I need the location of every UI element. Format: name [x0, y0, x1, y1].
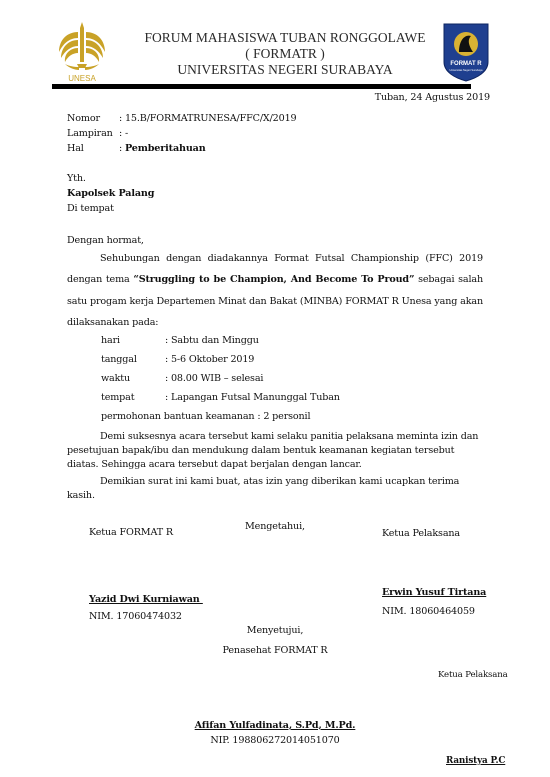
request-line: permohonan bantuan keamanan : 2 personil	[101, 411, 310, 422]
detail-value: : 08.00 WIB – selesai	[165, 373, 263, 384]
svg-text:FORMAT R: FORMAT R	[450, 61, 482, 67]
meta-nomor: Nomor: 15.B/FORMATRUNESA/FFC/X/2019	[67, 113, 297, 124]
unesa-logo: UNESA	[55, 18, 109, 84]
org-abbrev: ( FORMATR )	[130, 46, 440, 62]
detail-label: tanggal	[101, 354, 165, 365]
detail-tempat: tempat: Lapangan Futsal Manunggal Tuban	[101, 392, 340, 403]
recipient-salutation: Yth.	[67, 173, 86, 184]
advisor-name: Afifan Yulfadinata, S.Pd, M.Pd.	[150, 720, 400, 731]
meta-label: Nomor	[67, 113, 119, 124]
meta-label: Hal	[67, 143, 119, 154]
meta-value: : 15.B/FORMATRUNESA/FFC/X/2019	[119, 113, 297, 124]
detail-waktu: waktu: 08.00 WIB – selesai	[101, 373, 263, 384]
org-name-line1: FORUM MAHASISWA TUBAN RONGGOLAWE	[130, 30, 440, 46]
recipient-place: Di tempat	[67, 203, 114, 214]
extra-role: Ketua Pelaksana	[438, 670, 508, 680]
detail-value: : Lapangan Futsal Manunggal Tuban	[165, 392, 340, 403]
meta-hal: Hal: Pemberitahuan	[67, 143, 206, 154]
university-name: UNIVERSITAS NEGERI SURABAYA	[130, 62, 440, 78]
approve-label: Menyetujui,	[150, 625, 400, 636]
left-signer-role: Ketua FORMAT R	[89, 527, 173, 538]
known-label: Mengetahui,	[245, 521, 305, 532]
paragraph-closing: Demikian surat ini kami buat, atas izin …	[67, 475, 483, 503]
event-theme: “Struggling to be Champion, And Become T…	[133, 274, 414, 285]
meta-value: Pemberitahuan	[125, 143, 206, 154]
right-signer-name: Erwin Yusuf Tirtana	[382, 587, 486, 598]
meta-label: Lampiran	[67, 128, 119, 139]
left-signer-name: Yazid Dwi Kurniawan	[89, 594, 203, 605]
left-signer-id: NIM. 17060474032	[89, 611, 182, 622]
detail-value: : Sabtu dan Minggu	[165, 335, 259, 346]
right-signer-id: NIM. 18060464059	[382, 606, 475, 617]
detail-label: hari	[101, 335, 165, 346]
advisor-id: NIP. 198806272014051070	[150, 735, 400, 746]
format-r-logo: FORMAT R Universitas Negeri Surabaya	[441, 22, 491, 82]
detail-label: tempat	[101, 392, 165, 403]
meta-value: : -	[119, 128, 128, 139]
right-signer-role: Ketua Pelaksana	[382, 528, 460, 539]
advisor-role: Penasehat FORMAT R	[150, 645, 400, 656]
detail-tanggal: tanggal: 5-6 Oktober 2019	[101, 354, 254, 365]
svg-text:UNESA: UNESA	[68, 74, 96, 83]
detail-label: waktu	[101, 373, 165, 384]
meta-lampiran: Lampiran: -	[67, 128, 128, 139]
recipient-name: Kapolsek Palang	[67, 188, 154, 199]
detail-value: : 5-6 Oktober 2019	[165, 354, 254, 365]
detail-hari: hari: Sabtu dan Minggu	[101, 335, 259, 346]
header-rule	[52, 84, 471, 89]
greeting: Dengan hormat,	[67, 235, 144, 246]
intro-paragraph: Sehubungan dengan diadakannya Format Fut…	[67, 248, 483, 333]
svg-text:Universitas Negeri Surabaya: Universitas Negeri Surabaya	[449, 68, 483, 72]
paragraph-permission: Demi suksesnya acara tersebut kami selak…	[67, 430, 483, 472]
extra-name: Ranistya P.C	[446, 756, 505, 766]
letter-date: Tuban, 24 Agustus 2019	[375, 92, 490, 103]
